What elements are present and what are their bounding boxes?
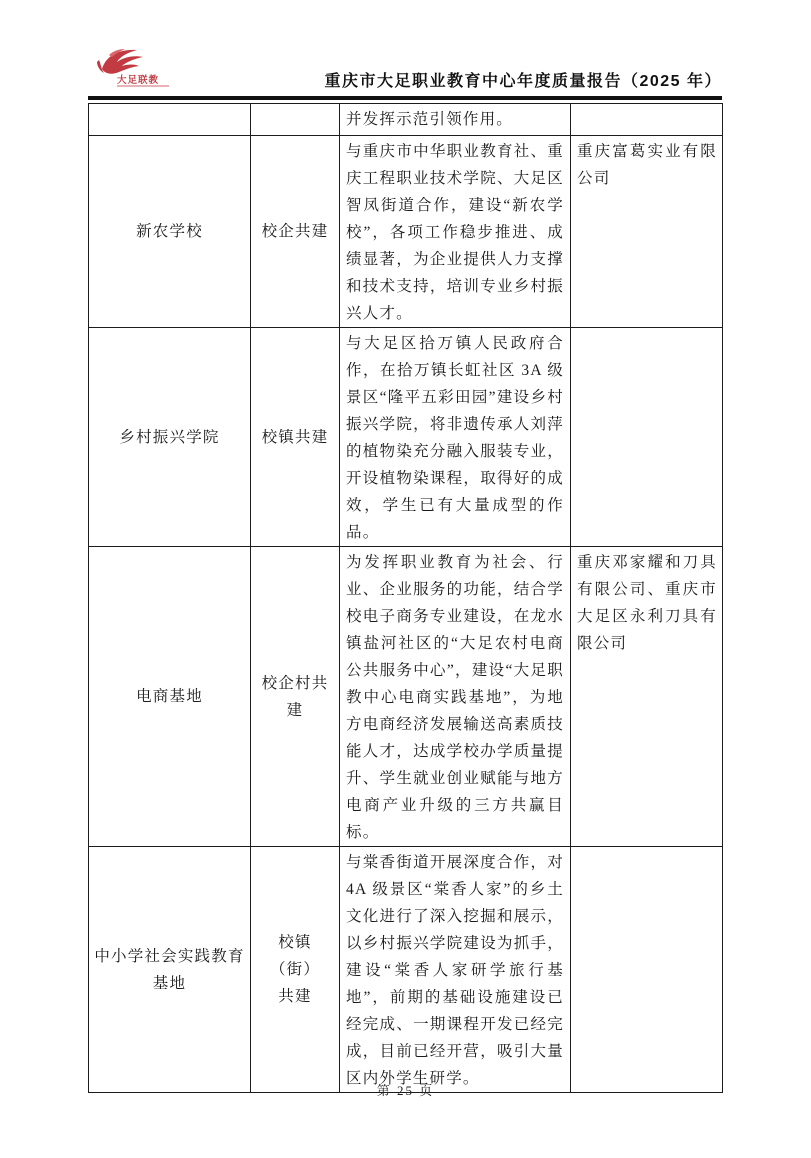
base-name-cell: 新农学校 — [89, 136, 251, 328]
cooperation-table-wrap: 并发挥示范引领作用。 新农学校 校企共建 与重庆市中华职业教育社、重庆工程职业技… — [88, 103, 722, 1093]
partner-cell — [571, 328, 723, 547]
document-page: 大足联教 重庆市大足职业教育中心年度质量报告（2025 年） 并发挥示范引领作用… — [0, 0, 811, 1158]
logo-text: 大足联教 — [117, 72, 159, 86]
table-row: 新农学校 校企共建 与重庆市中华职业教育社、重庆工程职业技术学院、大足区智凤街道… — [89, 136, 723, 328]
build-mode-cell — [251, 104, 340, 136]
partner-cell: 重庆富葛实业有限公司 — [571, 136, 723, 328]
base-name-cell: 乡村振兴学院 — [89, 328, 251, 547]
header-rule — [88, 96, 722, 100]
table-row: 乡村振兴学院 校镇共建 与大足区拾万镇人民政府合作，在拾万镇长虹社区 3A 级景… — [89, 328, 723, 547]
description-cell: 为发挥职业教育为社会、行业、企业服务的功能，结合学校电子商务专业建设，在龙水镇盐… — [340, 547, 571, 847]
base-name-cell: 中小学社会实践教育 基地 — [89, 847, 251, 1093]
page-header: 大足联教 重庆市大足职业教育中心年度质量报告（2025 年） — [0, 0, 811, 100]
description-cell: 与大足区拾万镇人民政府合作，在拾万镇长虹社区 3A 级景区“隆平五彩田园”建设乡… — [340, 328, 571, 547]
partner-cell: 重庆邓家耀和刀具有限公司、重庆市大足区永利刀具有限公司 — [571, 547, 723, 847]
page-number: 第 25 页 — [377, 1083, 435, 1098]
page-footer: 第 25 页 — [0, 1080, 811, 1099]
base-name-cell — [89, 104, 251, 136]
school-logo: 大足联教 — [95, 46, 185, 96]
base-name-cell: 电商基地 — [89, 547, 251, 847]
description-cell: 与棠香街道开展深度合作，对 4A 级景区“棠香人家”的乡土文化进行了深入挖掘和展… — [340, 847, 571, 1093]
table-row: 电商基地 校企村共 建 为发挥职业教育为社会、行业、企业服务的功能，结合学校电子… — [89, 547, 723, 847]
build-mode-cell: 校企村共 建 — [251, 547, 340, 847]
partner-cell — [571, 104, 723, 136]
partner-cell — [571, 847, 723, 1093]
build-mode-cell: 校镇共建 — [251, 328, 340, 547]
table-row: 并发挥示范引领作用。 — [89, 104, 723, 136]
build-mode-cell: 校镇（街） 共建 — [251, 847, 340, 1093]
build-mode-cell: 校企共建 — [251, 136, 340, 328]
description-cell: 并发挥示范引领作用。 — [340, 104, 571, 136]
table-row: 中小学社会实践教育 基地 校镇（街） 共建 与棠香街道开展深度合作，对 4A 级… — [89, 847, 723, 1093]
cooperation-table: 并发挥示范引领作用。 新农学校 校企共建 与重庆市中华职业教育社、重庆工程职业技… — [88, 103, 723, 1093]
description-cell: 与重庆市中华职业教育社、重庆工程职业技术学院、大足区智凤街道合作，建设“新农学校… — [340, 136, 571, 328]
logo-tagline — [117, 85, 169, 87]
report-title: 重庆市大足职业教育中心年度质量报告（2025 年） — [324, 68, 722, 91]
